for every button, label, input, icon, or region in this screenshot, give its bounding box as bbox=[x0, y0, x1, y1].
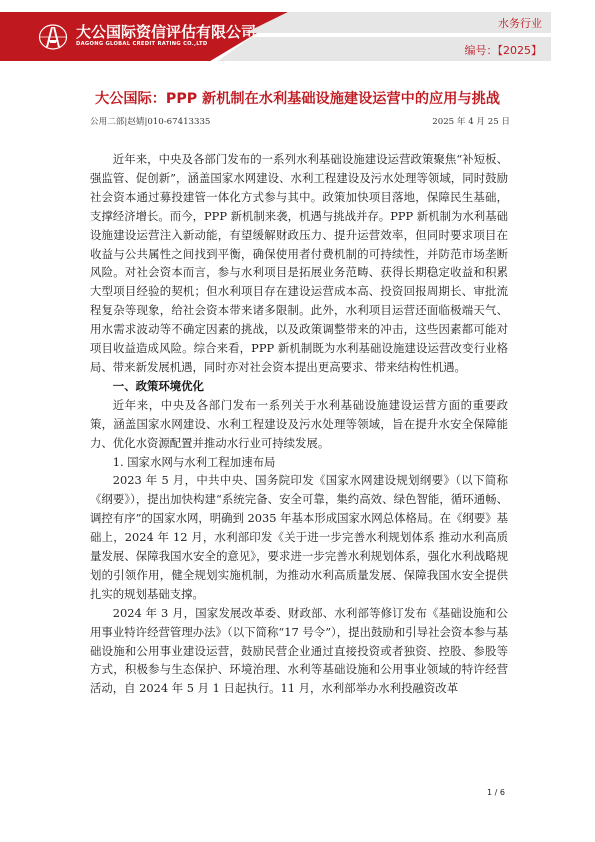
subsection-heading: 1. 国家水网与水利工程加速布局 bbox=[90, 453, 508, 472]
author-info: 公用二部|赵婧|010-67413335 bbox=[90, 115, 210, 127]
page-number: 1 / 6 bbox=[487, 788, 505, 797]
body-paragraph: 2024 年 3 月，国家发展改革委、财政部、水利部等修订发布《基础设施和公用事… bbox=[90, 604, 508, 699]
industry-label: 水务行业 bbox=[498, 15, 542, 31]
section-intro-paragraph: 近年来，中央及各部门发布一系列关于水利基础设施建设运营方面的重要政策，涵盖国家水… bbox=[90, 396, 508, 453]
body-paragraph: 2023 年 5 月，中共中央、国务院印发《国家水网建设规划纲要》（以下简称《纲… bbox=[90, 471, 508, 603]
document-body: 近年来，中央及各部门发布的一系列水利基础设施建设运营政策聚焦“补短板、强监管、促… bbox=[90, 150, 508, 698]
brand-name-en: DAGONG GLOBAL CREDIT RATING CO.,LTD bbox=[76, 41, 208, 47]
publish-date: 2025 年 4 月 25 日 bbox=[432, 115, 510, 127]
dagong-logo-icon bbox=[38, 22, 68, 52]
section-heading: 一、政策环境优化 bbox=[90, 377, 508, 396]
brand-name-cn: 大公国际资信评估有限公司 bbox=[76, 21, 256, 42]
summary-paragraph: 近年来，中央及各部门发布的一系列水利基础设施建设运营政策聚焦“补短板、强监管、促… bbox=[90, 150, 508, 377]
document-number: 编号：【2025】 bbox=[465, 42, 543, 58]
page-title: 大公国际：PPP 新机制在水利基础设施建设运营中的应用与挑战 bbox=[0, 88, 595, 108]
